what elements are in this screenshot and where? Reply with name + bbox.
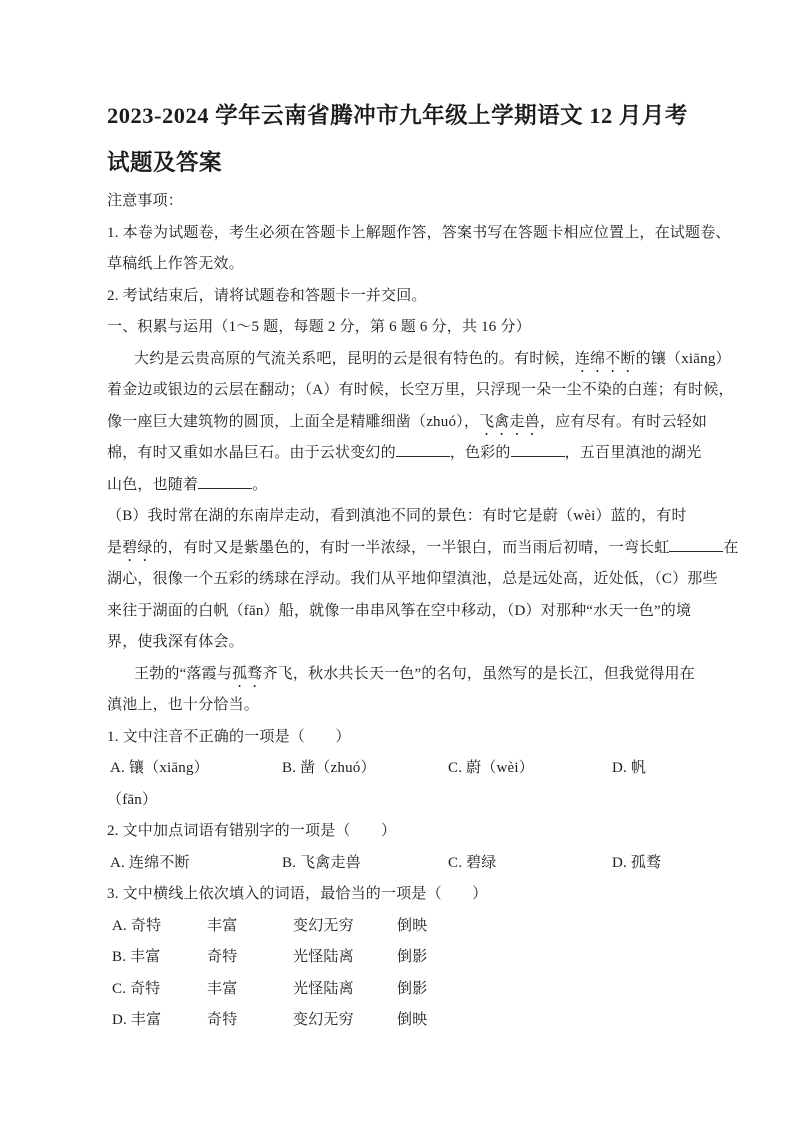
p2-l2-text-b: 的，有时又是紫墨色的，有时一半浓绿，一半银白，而当雨后初晴，一弯长虹 [153, 540, 670, 556]
p1-l1-text-a: 大约是云贵高原的气流关系吧，昆明的云是很有特色的。有时候， [134, 351, 575, 367]
question-3-option-a-row: A. 奇特 丰富 变幻无穷 倒映 [107, 911, 713, 943]
passage-p2-line-2: 是碧绿的，有时又是紫墨色的，有时一半浓绿，一半银白，而当雨后初晴，一弯长虹在 [107, 533, 713, 565]
fill-in-blank-3 [198, 475, 252, 489]
q3-row-b-col-1: B. 丰富 [112, 942, 207, 974]
q3-row-d-col-1: D. 丰富 [112, 1005, 207, 1037]
passage-p3-line-1: 王勃的“落霞与孤骛齐飞，秋水共长天一色”的名句，虽然写的是长江，但我觉得用在 [107, 659, 713, 691]
p1-l1-text-b: 的镶（xiāng） [636, 351, 731, 367]
question-1-option-d-continuation: （fān） [107, 785, 713, 817]
p1-l5-text-a: 山色，也随着 [107, 477, 198, 493]
notice-item-1-line-1: 1. 本卷为试题卷，考生必须在答题卡上解题作答，答案书写在答题卡相应位置上，在试… [107, 218, 713, 250]
p3-l1-emphasized-word: 孤骛 [232, 666, 262, 682]
document-title-line-1: 2023-2024 学年云南省腾冲市九年级上学期语文 12 月月考 [107, 92, 713, 139]
p1-l3-text-b: ，应有尽有。有时云轻如 [540, 414, 707, 430]
p1-l1-emphasized-word: 连绵不断 [575, 351, 636, 367]
q3-row-c-col-4: 倒影 [397, 974, 713, 1006]
fill-in-blank-4 [669, 538, 723, 552]
passage-p1-line-3: 像一座巨大建筑物的圆顶，上面全是精雕细凿（zhuó），飞禽走兽，应有尽有。有时云… [107, 407, 713, 439]
passage-p2-line-5: 界，使我深有体会。 [107, 627, 713, 659]
document-content: 2023-2024 学年云南省腾冲市九年级上学期语文 12 月月考 试题及答案 … [107, 92, 713, 1037]
passage-p3-line-2: 滇池上，也十分恰当。 [107, 690, 713, 722]
document-title-line-2: 试题及答案 [107, 139, 713, 186]
q3-row-d-col-4: 倒映 [397, 1005, 713, 1037]
p1-l4-text-b: ，色彩的 [450, 445, 511, 461]
question-3-option-c-row: C. 奇特 丰富 光怪陆离 倒影 [107, 974, 713, 1006]
fill-in-blank-1 [396, 443, 450, 457]
question-2-options: A. 连绵不断 B. 飞禽走兽 C. 碧绿 D. 孤骛 [107, 848, 713, 880]
question-2-option-b: B. 飞禽走兽 [282, 848, 448, 880]
notice-item-2: 2. 考试结束后，请将试题卷和答题卡一并交回。 [107, 281, 713, 313]
question-1-option-a: A. 镶（xiāng） [110, 753, 282, 785]
question-1-stem: 1. 文中注音不正确的一项是（ ） [107, 722, 713, 754]
p1-l3-emphasized-word: 飞禽走兽 [479, 414, 540, 430]
q3-row-a-col-4: 倒映 [397, 911, 713, 943]
fill-in-blank-2 [511, 443, 565, 457]
p2-l2-emphasized-word: 碧绿 [122, 540, 152, 556]
passage-p1-line-2: 着金边或银边的云层在翻动；（A）有时候，长空万里，只浮现一朵一尘不染的白莲；有时… [107, 375, 713, 407]
p1-l4-text-a: 棉，有时又重如水晶巨石。由于云状变幻的 [107, 445, 396, 461]
section-heading: 一、积累与运用（1～5 题，每题 2 分，第 6 题 6 分，共 16 分） [107, 312, 713, 344]
q3-row-c-col-2: 丰富 [207, 974, 293, 1006]
passage-p1-line-5: 山色，也随着。 [107, 470, 713, 502]
q3-row-d-col-2: 奇特 [207, 1005, 293, 1037]
question-2-option-a: A. 连绵不断 [110, 848, 282, 880]
passage-p1-line-4: 棉，有时又重如水晶巨石。由于云状变幻的，色彩的，五百里滇池的湖光 [107, 438, 713, 470]
question-3-option-d-row: D. 丰富 奇特 变幻无穷 倒映 [107, 1005, 713, 1037]
q3-row-b-col-4: 倒影 [397, 942, 713, 974]
notice-heading: 注意事项： [107, 186, 713, 218]
question-1-option-b: B. 凿（zhuó） [282, 753, 448, 785]
q3-row-a-col-3: 变幻无穷 [293, 911, 397, 943]
q3-row-b-col-3: 光怪陆离 [293, 942, 397, 974]
exam-document-page: 2023-2024 学年云南省腾冲市九年级上学期语文 12 月月考 试题及答案 … [0, 0, 793, 1122]
passage-p2-line-3: 湖心，很像一个五彩的绣球在浮动。我们从平地仰望滇池，总是远处高，近处低，（C）那… [107, 564, 713, 596]
q3-row-d-col-3: 变幻无穷 [293, 1005, 397, 1037]
question-1-option-d: D. 帆 [612, 753, 713, 785]
notice-item-1-line-2: 草稿纸上作答无效。 [107, 249, 713, 281]
p1-l5-text-b: 。 [252, 477, 267, 493]
p2-l2-text-a: 是 [107, 540, 122, 556]
q3-row-a-col-2: 丰富 [207, 911, 293, 943]
question-3-stem: 3. 文中横线上依次填入的词语，最恰当的一项是（ ） [107, 879, 713, 911]
question-1-option-c: C. 蔚（wèi） [448, 753, 612, 785]
q3-row-b-col-2: 奇特 [207, 942, 293, 974]
q3-row-c-col-3: 光怪陆离 [293, 974, 397, 1006]
q3-row-c-col-1: C. 奇特 [112, 974, 207, 1006]
p3-l1-text-a: 王勃的“落霞与 [134, 666, 232, 682]
p3-l1-text-b: 齐飞，秋水共长天一色”的名句，虽然写的是长江，但我觉得用在 [262, 666, 694, 682]
question-2-stem: 2. 文中加点词语有错别字的一项是（ ） [107, 816, 713, 848]
question-2-option-d: D. 孤骛 [612, 848, 713, 880]
p1-l4-text-c: ，五百里滇池的湖光 [565, 445, 702, 461]
question-2-option-c: C. 碧绿 [448, 848, 612, 880]
q3-row-a-col-1: A. 奇特 [112, 911, 207, 943]
question-3-option-b-row: B. 丰富 奇特 光怪陆离 倒影 [107, 942, 713, 974]
p1-l3-text-a: 像一座巨大建筑物的圆顶，上面全是精雕细凿（zhuó）， [107, 414, 479, 430]
passage-p2-line-1: （B）我时常在湖的东南岸走动，看到滇池不同的景色：有时它是蔚（wèi）蓝的，有时 [107, 501, 713, 533]
p2-l2-text-c: 在 [723, 540, 738, 556]
passage-p1-line-1: 大约是云贵高原的气流关系吧，昆明的云是很有特色的。有时候，连绵不断的镶（xiān… [107, 344, 713, 376]
passage-p2-line-4: 来往于湖面的白帆（fān）船，就像一串串风筝在空中移动，（D）对那种“水天一色”… [107, 596, 713, 628]
question-1-options: A. 镶（xiāng） B. 凿（zhuó） C. 蔚（wèi） D. 帆 [107, 753, 713, 785]
